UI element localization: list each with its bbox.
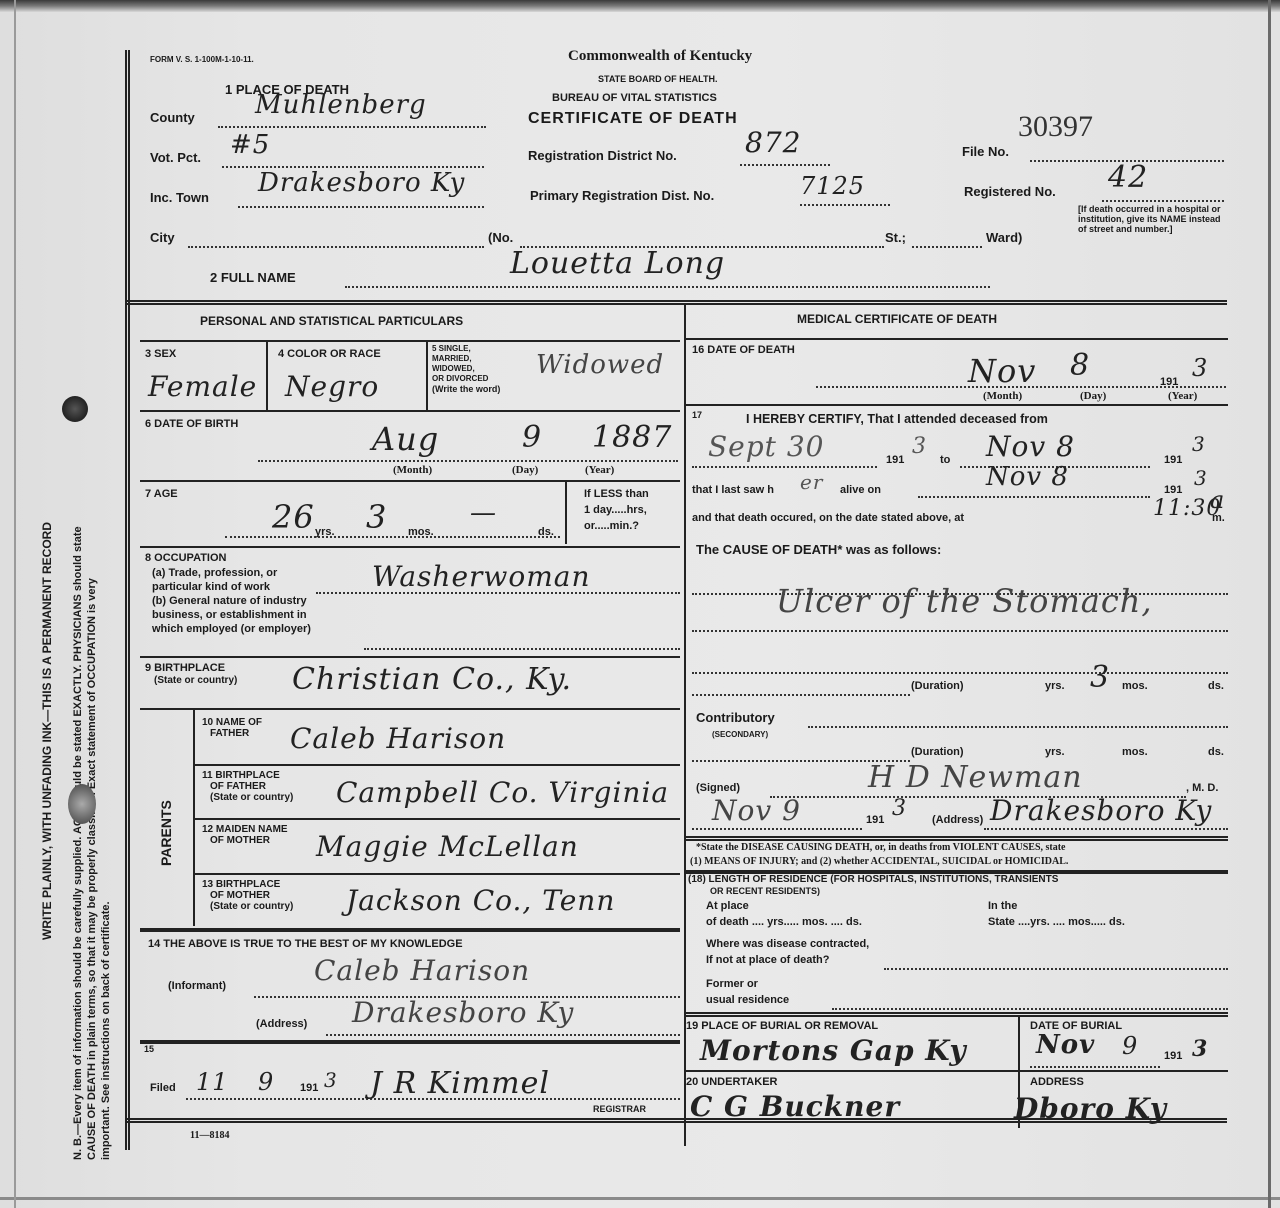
marital-label-line: WIDOWED, xyxy=(432,364,500,374)
dob-line xyxy=(258,460,678,462)
side-note-line3: important. See instructions on back of c… xyxy=(100,901,112,1160)
burial-year-suffix: 3 xyxy=(1192,1036,1208,1062)
occupation-value: Washerwoman xyxy=(372,560,591,593)
last-saw-year: 3 xyxy=(1194,466,1208,490)
divider xyxy=(140,340,680,342)
mos-label: mos. xyxy=(408,526,434,538)
occupation-a-line: (a) Trade, profession, or xyxy=(152,566,277,580)
burial-date-line xyxy=(1030,1066,1160,1068)
contrib-ds: ds. xyxy=(1208,746,1224,758)
mother-label-line: 12 MAIDEN NAME xyxy=(202,824,288,835)
informant-address-line xyxy=(326,1034,680,1036)
marital-label: 5 SINGLE, MARRIED, WIDOWED, OR DIVORCED … xyxy=(432,344,500,394)
duration-ds: ds. xyxy=(1208,680,1224,692)
month-caption: (Month) xyxy=(393,464,432,476)
burial-year-prefix: 191 xyxy=(1164,1050,1182,1062)
m-label: m. xyxy=(1212,512,1225,524)
file-number-label: File No. xyxy=(962,144,1009,159)
ds-label: ds. xyxy=(538,526,554,538)
age-days: — xyxy=(470,498,497,528)
dob-year: 1887 xyxy=(592,420,672,455)
dod-label: 16 DATE OF DEATH xyxy=(692,344,795,356)
physician-signature: H D Newman xyxy=(868,760,1083,795)
divider xyxy=(195,764,680,766)
divider xyxy=(140,928,680,932)
age-label: 7 AGE xyxy=(145,488,178,500)
divider xyxy=(686,1070,1228,1072)
informant-value: Caleb Harison xyxy=(314,954,530,987)
mother-label: 12 MAIDEN NAME OF MOTHER xyxy=(202,824,288,846)
attend-from-year-prefix: 191 xyxy=(886,454,904,466)
duration-line xyxy=(692,694,910,696)
divider xyxy=(140,546,680,548)
alive-on-label: alive on xyxy=(840,484,881,496)
father-birthplace-value: Campbell Co. Virginia xyxy=(336,776,669,809)
occupation-b-line: (b) General nature of industry xyxy=(152,594,311,608)
print-code: 11—8184 xyxy=(190,1130,229,1141)
dod-month-caption: (Month) xyxy=(983,390,1022,402)
birthplace-sublabel: (State or country) xyxy=(154,675,237,686)
divider xyxy=(565,482,567,544)
race-value: Negro xyxy=(285,370,379,403)
attend-to-value: Nov 8 xyxy=(986,430,1075,463)
occupation-a-label: (a) Trade, profession, or particular kin… xyxy=(152,566,277,594)
contracted-line xyxy=(884,968,1228,970)
occupation-a-line: particular kind of work xyxy=(152,580,277,594)
place-of-death-duration: of death .... yrs..... mos. .... ds. xyxy=(706,916,862,928)
father-label-line: 10 NAME OF xyxy=(202,717,262,728)
duration-yrs: yrs. xyxy=(1045,680,1065,692)
sex-value: Female xyxy=(148,370,257,403)
burial-day: 9 xyxy=(1122,1032,1138,1060)
scan-top-edge xyxy=(0,0,1280,12)
attend-from-value: Sept 30 xyxy=(708,430,824,463)
attend-to-year-prefix: 191 xyxy=(1164,454,1182,466)
file-number-value: 30397 xyxy=(1018,110,1093,144)
birthplace-label: 9 BIRTHPLACE xyxy=(145,662,225,674)
primary-registration-line xyxy=(800,204,890,206)
side-note-line2: CAUSE OF DEATH in plain terms, so that i… xyxy=(86,578,98,1160)
signed-date: Nov 9 xyxy=(712,794,801,827)
contrib-mos: mos. xyxy=(1122,746,1148,758)
inc-town-label: Inc. Town xyxy=(150,190,209,205)
less-than-line: or.....min.? xyxy=(584,518,649,534)
attend-from-year: 3 xyxy=(912,434,927,459)
dod-year-caption: (Year) xyxy=(1168,390,1197,402)
permanent-record-note: WRITE PLAINLY, WITH UNFADING INK—THIS IS… xyxy=(40,60,54,940)
physician-address-label: (Address) xyxy=(932,814,983,826)
attend-from-line xyxy=(692,466,877,468)
duration-months-value: 3 xyxy=(1090,660,1110,695)
contrib-yrs: yrs. xyxy=(1045,746,1065,758)
primary-registration-value: 7125 xyxy=(800,172,865,200)
md-label: , M. D. xyxy=(1186,782,1218,794)
divider xyxy=(195,818,680,820)
marital-label-line: 5 SINGLE, xyxy=(432,344,500,354)
divider xyxy=(140,708,680,710)
burial-place-label: 19 PLACE OF BURIAL OR REMOVAL xyxy=(686,1020,878,1032)
inc-town-value: Drakesboro Ky xyxy=(258,168,465,198)
race-label: 4 COLOR OR RACE xyxy=(278,348,381,360)
father-name-value: Caleb Harison xyxy=(290,722,506,755)
certify-text: I HEREBY CERTIFY, That I attended deceas… xyxy=(746,412,1048,426)
contributory-label: Contributory xyxy=(696,710,775,725)
in-the-label: In the xyxy=(988,900,1017,912)
cause-value: Ulcer of the Stomach, xyxy=(776,582,1153,620)
last-saw-label: that I last saw h xyxy=(692,484,774,496)
signed-label: (Signed) xyxy=(696,782,740,794)
usual-residence-line xyxy=(832,1008,1228,1010)
state-duration: State ....yrs. .... mos..... ds. xyxy=(988,916,1125,928)
filed-year-suffix: 3 xyxy=(324,1068,338,1092)
at-place-label: At place xyxy=(706,900,749,912)
dod-month: Nov xyxy=(968,352,1036,390)
death-certificate-scan: WRITE PLAINLY, WITH UNFADING INK—THIS IS… xyxy=(0,0,1280,1208)
medical-heading: MEDICAL CERTIFICATE OF DEATH xyxy=(797,312,997,326)
less-than-line: 1 day.....hrs, xyxy=(584,502,649,518)
secondary-label: (SECONDARY) xyxy=(712,730,768,739)
filed-day: 9 xyxy=(258,1068,274,1096)
father-label: 10 NAME OF FATHER xyxy=(202,717,262,739)
marital-label-line: (Write the word) xyxy=(432,384,500,394)
registration-district-line xyxy=(740,164,830,166)
mother-label-line: OF MOTHER xyxy=(202,835,288,846)
bureau-title: BUREAU OF VITAL STATISTICS xyxy=(552,92,717,104)
occupation-b-label: (b) General nature of industry business,… xyxy=(152,594,311,636)
former-label: Former or xyxy=(706,978,758,990)
yrs-label: yrs. xyxy=(315,526,335,538)
mother-birthplace-value: Jackson Co., Tenn xyxy=(346,884,615,917)
ward-label: Ward) xyxy=(986,230,1022,245)
filed-year-prefix: 191 xyxy=(300,1082,318,1094)
cause-label: The CAUSE OF DEATH* was as follows: xyxy=(696,542,941,557)
mother-birthplace-label: 13 BIRTHPLACE OF MOTHER (State or countr… xyxy=(202,879,293,912)
divider xyxy=(686,836,1228,841)
divider xyxy=(686,404,1228,406)
informant-address-value: Drakesboro Ky xyxy=(352,996,574,1029)
side-note-line1: N. B.—Every item of information should b… xyxy=(72,526,84,1160)
usual-residence-label: usual residence xyxy=(706,994,789,1006)
scan-right-edge xyxy=(1268,0,1271,1208)
registered-number-value: 42 xyxy=(1108,160,1148,195)
certify-number: 17 xyxy=(692,410,702,420)
dod-year-suffix: 3 xyxy=(1192,354,1208,382)
sex-label: 3 SEX xyxy=(145,348,176,360)
burial-month: Nov xyxy=(1036,1030,1095,1060)
signed-year-prefix: 191 xyxy=(866,814,884,826)
informant-label: (Informant) xyxy=(168,980,226,992)
commonwealth-title: Commonwealth of Kentucky xyxy=(568,48,752,65)
county-value: Muhlenberg xyxy=(255,90,427,120)
dob-day: 9 xyxy=(522,420,542,455)
dod-day-caption: (Day) xyxy=(1080,390,1106,402)
city-label: City xyxy=(150,230,175,245)
street-label: St.; xyxy=(885,230,906,245)
physician-address: Drakesboro Ky xyxy=(990,794,1212,827)
filed-month: 11 xyxy=(196,1068,229,1096)
certificate-title: CERTIFICATE OF DEATH xyxy=(528,110,738,128)
undertaker-address-label: ADDRESS xyxy=(1030,1076,1084,1088)
divider xyxy=(140,410,680,412)
registration-district-label: Registration District No. xyxy=(528,148,677,163)
age-line xyxy=(225,536,560,538)
item-15-label: 15 xyxy=(144,1044,154,1054)
vot-pct-label: Vot. Pct. xyxy=(150,150,201,165)
last-saw-pronoun: er xyxy=(800,470,823,494)
county-label: County xyxy=(150,110,195,125)
personal-heading: PERSONAL AND STATISTICAL PARTICULARS xyxy=(200,314,463,328)
primary-registration-label: Primary Registration Dist. No. xyxy=(530,188,714,203)
street-no-label: (No. xyxy=(488,230,513,245)
occupation-b-line: business, or establishment in xyxy=(152,608,311,622)
cause-line-2 xyxy=(692,630,1228,632)
burial-place-value: Mortons Gap Ky xyxy=(700,1034,967,1067)
registrar-signature: J R Kimmel xyxy=(370,1066,550,1101)
filed-label: Filed xyxy=(150,1082,176,1094)
punch-hole xyxy=(62,396,88,422)
age-months: 3 xyxy=(366,498,387,536)
full-name-line xyxy=(345,286,990,288)
divider xyxy=(140,1040,680,1044)
cause-line-3 xyxy=(692,672,1228,674)
mother-bp-label-line: 13 BIRTHPLACE xyxy=(202,879,293,890)
residence-label: (18) LENGTH OF RESIDENCE (FOR HOSPITALS,… xyxy=(688,874,1058,885)
divider xyxy=(140,480,680,482)
true-statement-label: 14 THE ABOVE IS TRUE TO THE BEST OF MY K… xyxy=(148,938,463,950)
occupation-b-line xyxy=(364,648,680,650)
header-divider xyxy=(127,300,1227,305)
informant-address-label: (Address) xyxy=(256,1018,307,1030)
dod-day: 8 xyxy=(1070,348,1090,383)
death-time-suffix: a xyxy=(1210,486,1225,514)
divider xyxy=(686,1012,1228,1017)
divider xyxy=(686,338,1228,340)
marital-value: Widowed xyxy=(536,350,664,380)
registered-number-line xyxy=(1102,200,1224,202)
divider xyxy=(426,342,428,410)
last-saw-value: Nov 8 xyxy=(986,462,1069,492)
duration-label: (Duration) xyxy=(911,680,964,692)
undertaker-address-value: Dboro Ky xyxy=(1014,1092,1167,1125)
undertaker-label: 20 UNDERTAKER xyxy=(686,1076,777,1088)
father-birthplace-label: 11 BIRTHPLACE OF FATHER (State or countr… xyxy=(202,770,293,803)
mother-bp-label-line: (State or country) xyxy=(202,901,293,912)
dob-label: 6 DATE OF BIRTH xyxy=(145,418,238,430)
city-line xyxy=(188,246,484,248)
age-years: 26 xyxy=(272,498,315,536)
mother-name-value: Maggie McLellan xyxy=(316,830,579,863)
signed-date-line xyxy=(692,828,862,830)
dob-month: Aug xyxy=(372,420,439,458)
full-name-value: Louetta Long xyxy=(510,246,725,281)
ward-line xyxy=(912,246,982,248)
marital-label-line: MARRIED, xyxy=(432,354,500,364)
scan-bottom-edge xyxy=(0,1197,1280,1200)
if-not-label: If not at place of death? xyxy=(706,954,829,966)
divider xyxy=(266,342,268,410)
form-left-border xyxy=(125,50,130,1150)
less-than-day: If LESS than 1 day.....hrs, or.....min.? xyxy=(584,486,649,534)
signed-year-suffix: 3 xyxy=(892,796,907,821)
duration-mos: mos. xyxy=(1122,680,1148,692)
full-name-label: 2 FULL NAME xyxy=(210,270,296,285)
residence-label-2: OR RECENT RESIDENTS) xyxy=(710,886,820,896)
physician-address-line xyxy=(984,828,1228,830)
occupation-label: 8 OCCUPATION xyxy=(145,552,227,564)
less-than-line: If LESS than xyxy=(584,486,649,502)
punch-hole xyxy=(68,784,96,824)
registered-number-label: Registered No. xyxy=(964,184,1056,199)
father-bp-label-line: OF FATHER xyxy=(202,781,293,792)
day-caption: (Day) xyxy=(512,464,538,476)
vot-pct-value: #5 xyxy=(230,130,270,160)
last-saw-line xyxy=(918,496,1150,498)
scan-left-edge xyxy=(14,0,16,1208)
registrar-label: REGISTRAR xyxy=(593,1104,646,1114)
father-bp-label-line: 11 BIRTHPLACE xyxy=(202,770,293,781)
parents-label: PARENTS xyxy=(158,800,174,866)
inc-town-line xyxy=(238,206,484,208)
mother-bp-label-line: OF MOTHER xyxy=(202,890,293,901)
year-caption: (Year) xyxy=(585,464,614,476)
to-label: to xyxy=(940,454,950,466)
father-bp-label-line: (State or country) xyxy=(202,792,293,803)
county-line xyxy=(218,126,486,128)
birthplace-value: Christian Co., Ky. xyxy=(292,662,572,697)
form-number: FORM V. S. 1-100M-1-10-11. xyxy=(150,55,254,64)
footnote-line-1: *State the DISEASE CAUSING DEATH, or, in… xyxy=(696,842,1066,853)
divider xyxy=(195,873,680,875)
contrib-duration-label: (Duration) xyxy=(911,746,964,758)
where-contracted-label: Where was disease contracted, xyxy=(706,938,869,950)
dod-year-prefix: 191 xyxy=(1160,376,1178,388)
attend-to-year: 3 xyxy=(1192,432,1206,456)
undertaker-value: C G Buckner xyxy=(690,1090,900,1123)
last-saw-year-prefix: 191 xyxy=(1164,484,1182,496)
marital-label-line: OR DIVORCED xyxy=(432,374,500,384)
divider xyxy=(140,656,680,658)
registration-district-value: 872 xyxy=(745,126,801,159)
board-of-health: STATE BOARD OF HEALTH. xyxy=(598,74,718,84)
occurred-label: and that death occured, on the date stat… xyxy=(692,512,964,524)
contributory-line xyxy=(808,726,1228,728)
father-label-line: FATHER xyxy=(202,728,262,739)
footnote-line-2: (1) MEANS OF INJURY; and (2) whether ACC… xyxy=(690,856,1068,867)
occupation-b-line: which employed (or employer) xyxy=(152,622,311,636)
hospital-note: [If death occurred in a hospital or inst… xyxy=(1078,204,1226,234)
